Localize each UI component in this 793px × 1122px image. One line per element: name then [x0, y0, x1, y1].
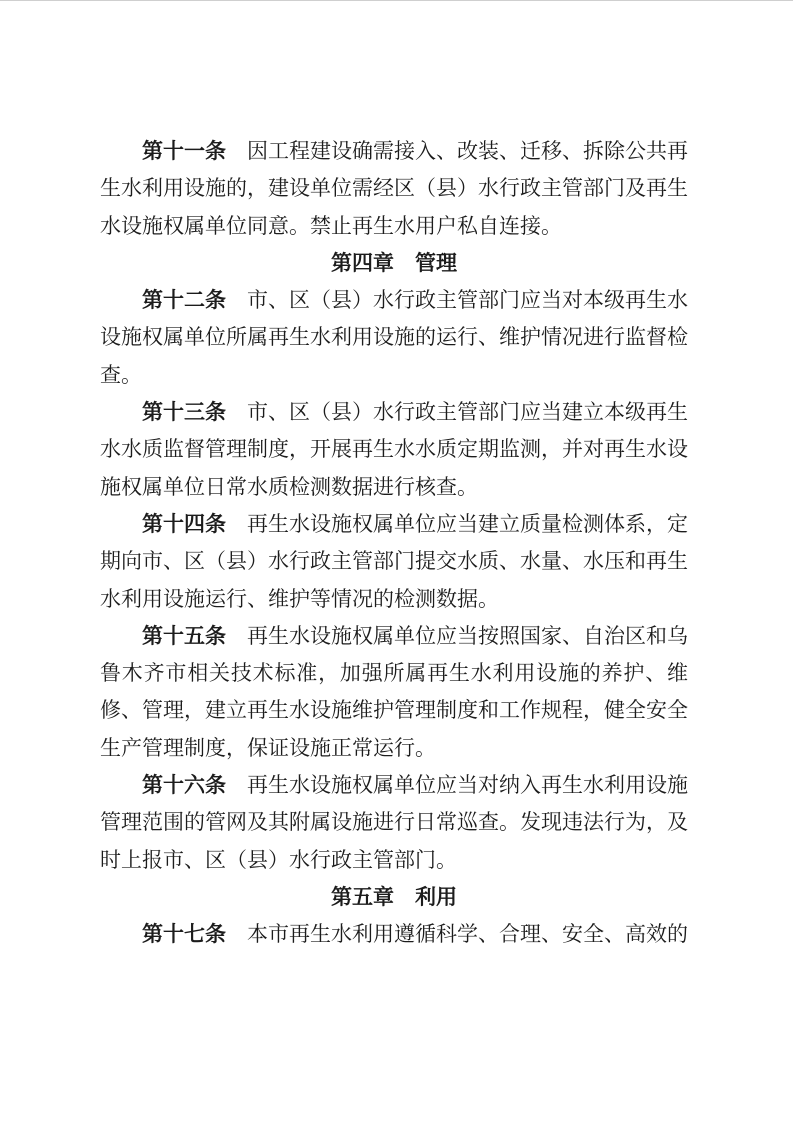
article-15-paragraph: 第十五条再生水设施权属单位应当按照国家、自治区和乌鲁木齐市相关技术标准，加强所属… [100, 618, 688, 767]
chapter-5-title: 利用 [415, 886, 457, 909]
article-14-number: 第十四条 [142, 513, 226, 536]
chapter-4-number: 第四章 [331, 252, 394, 275]
article-14-paragraph: 第十四条再生水设施权属单位应当建立质量检测体系，定期向市、区（县）水行政主管部门… [100, 506, 688, 618]
article-16-number: 第十六条 [142, 774, 226, 797]
article-11-number: 第十一条 [142, 140, 226, 163]
article-15-number: 第十五条 [142, 625, 226, 648]
article-17-number: 第十七条 [142, 923, 226, 946]
article-17-text: 本市再生水利用遵循科学、合理、安全、高效的 [247, 922, 688, 946]
chapter-4-title: 管理 [415, 252, 457, 275]
article-13-number: 第十三条 [142, 401, 226, 424]
article-17-paragraph: 第十七条本市再生水利用遵循科学、合理、安全、高效的 [100, 916, 688, 953]
article-13-paragraph: 第十三条市、区（县）水行政主管部门应当建立本级再生水水质监督管理制度，开展再生水… [100, 394, 688, 506]
page-top-edge [0, 0, 793, 1]
chapter-5-heading: 第五章利用 [100, 879, 688, 916]
chapter-4-heading: 第四章管理 [100, 245, 688, 282]
document-page: 第十一条因工程建设确需接入、改装、迁移、拆除公共再生水利用设施的，建设单位需经区… [0, 0, 793, 1122]
article-16-paragraph: 第十六条再生水设施权属单位应当对纳入再生水利用设施管理范围的管网及其附属设施进行… [100, 767, 688, 879]
article-11-paragraph: 第十一条因工程建设确需接入、改装、迁移、拆除公共再生水利用设施的，建设单位需经区… [100, 133, 688, 245]
article-12-number: 第十二条 [142, 289, 226, 312]
document-content: 第十一条因工程建设确需接入、改装、迁移、拆除公共再生水利用设施的，建设单位需经区… [100, 133, 688, 954]
chapter-5-number: 第五章 [331, 886, 394, 909]
article-12-paragraph: 第十二条市、区（县）水行政主管部门应当对本级再生水设施权属单位所属再生水利用设施… [100, 282, 688, 394]
